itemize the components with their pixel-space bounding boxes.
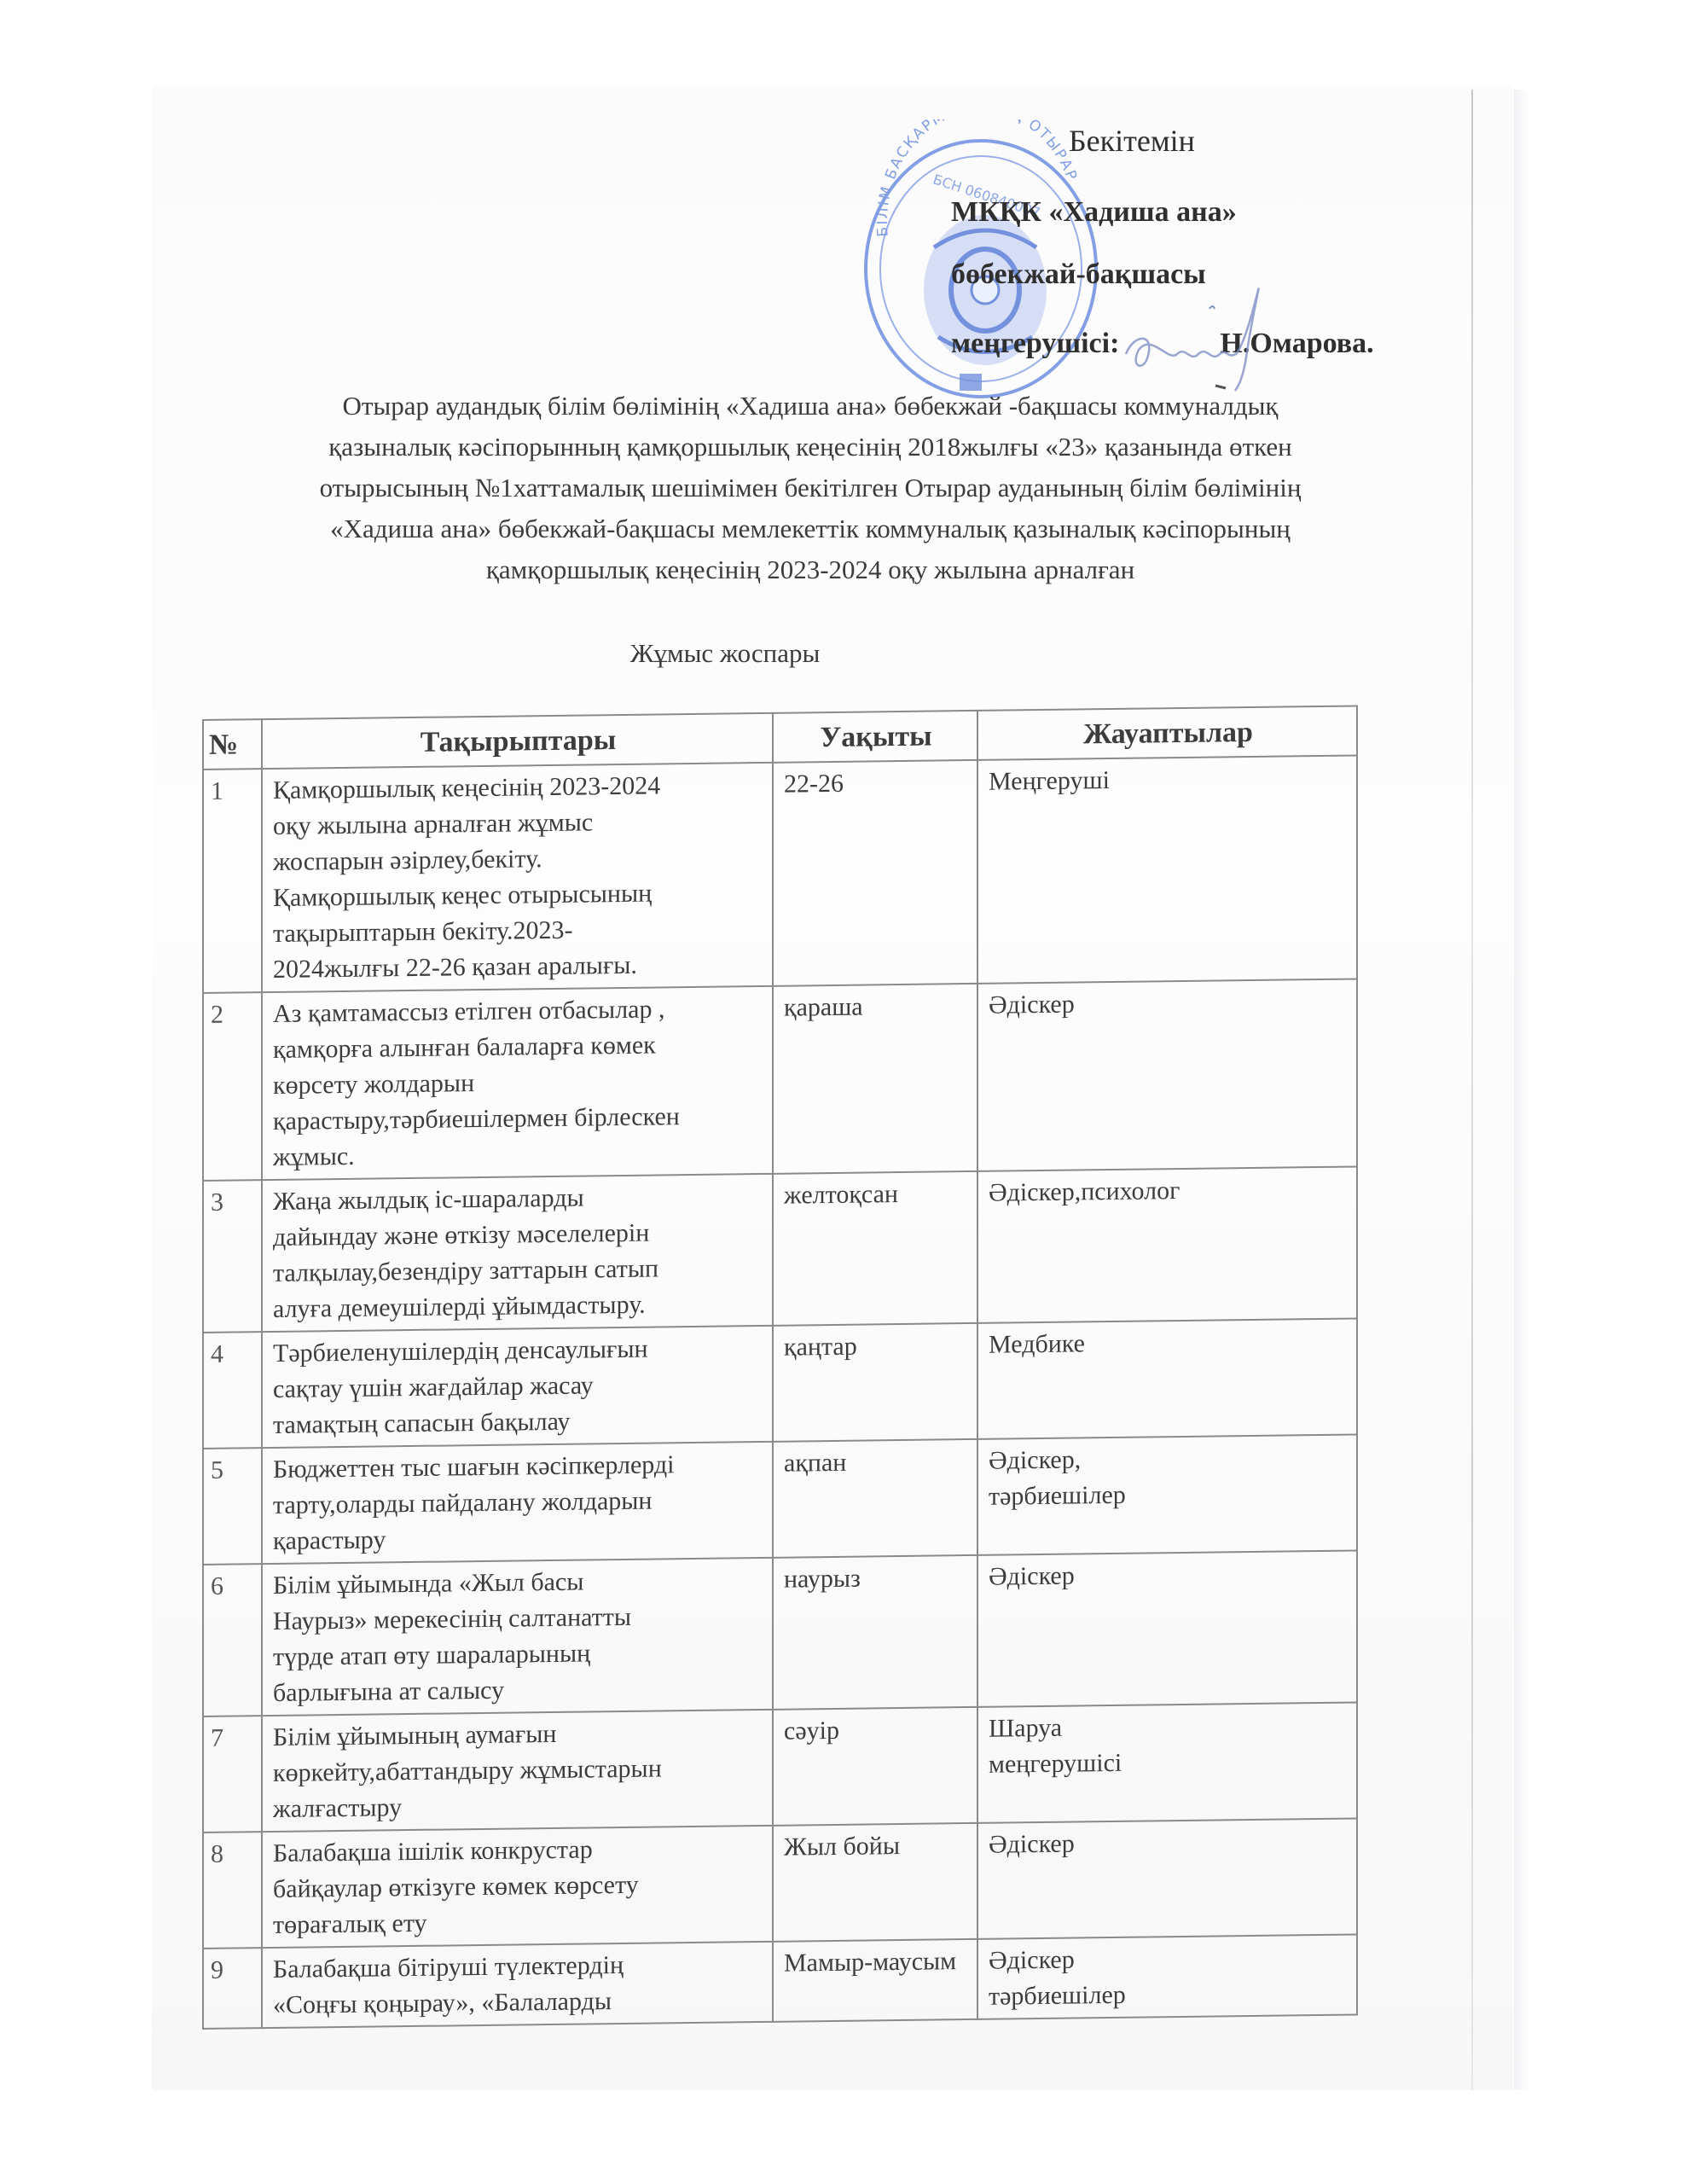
row-topic: Аз қамтамассыз етілген отбасылар , қамқо… [262,986,773,1180]
row-topic: Жаңа жылдық іс-шараларды дайындау және ө… [262,1174,773,1332]
header-time: Уақыты [773,711,977,763]
approval-heading: Бекітемін [1069,123,1195,159]
table-row: 5 Бюджеттен тыс шағын кәсіпкерлерді тарт… [203,1434,1357,1565]
row-time: қаңтар [773,1323,977,1442]
row-responsible: Әдіскер [977,979,1357,1170]
preamble-line: Отырар аудандық білім бөлімінің «Хадиша … [230,386,1390,427]
row-time: қараша [773,984,977,1174]
row-responsible: Әдіскер тәрбиешілер [977,1934,1357,2018]
row-number: 3 [203,1180,262,1333]
row-number: 8 [203,1832,262,1949]
preamble-line: қамқоршылық кеңесінің 2023-2024 оқу жылы… [230,549,1390,590]
row-topic: Білім ұйымының аумағын көркейту,абаттанд… [262,1710,773,1832]
header-number: № [203,719,262,770]
header-topics: Тақырыптары [262,713,773,769]
approval-organization: МКҚК «Хадиша ана» [951,196,1237,229]
table-row: 3 Жаңа жылдық іс-шараларды дайындау және… [203,1166,1357,1333]
position-label: меңгерушісі: [951,328,1119,359]
row-number: 2 [203,992,262,1181]
scan-edge-shadow [1514,90,1529,2090]
row-time: желтоқсан [773,1171,977,1326]
row-responsible: Әдіскер,психолог [977,1166,1357,1322]
row-time: Мамыр-маусым [773,1939,977,2022]
header-responsible: Жауаптылар [977,706,1357,759]
preamble-line: отырысының №1хаттамалық шешімімен бекіті… [230,468,1390,508]
work-plan-table: № Тақырыптары Уақыты Жауаптылар 1 Қамқор… [202,705,1358,2030]
preamble-line: «Хадиша ана» бөбекжай-бақшасы мемлекетті… [230,508,1390,549]
row-topic: Қамқоршылық кеңесінің 2023-2024 оқу жылы… [262,763,773,992]
table-row: 6 Білім ұйымында «Жыл басы Наурыз» мерек… [203,1550,1357,1716]
row-topic: Бюджеттен тыс шағын кәсіпкерлерді тарту,… [262,1442,773,1564]
preamble-line: қазыналық кәсіпорынның қамқоршылық кеңес… [230,427,1390,468]
row-responsible: Әдіскер [977,1818,1357,1938]
row-topic: Балабақша бітіруші түлектердің «Соңғы қо… [262,1942,773,2028]
row-topic: Білім ұйымында «Жыл басы Наурыз» мерекес… [262,1558,773,1716]
row-number: 6 [203,1564,262,1716]
row-responsible: Әдіскер, тәрбиешілер [977,1434,1357,1554]
table-row: 8 Балабақша ішілік конкрустар байқаулар … [203,1818,1357,1949]
table-row: 7 Білім ұйымының аумағын көркейту,абатта… [203,1702,1357,1833]
row-number: 5 [203,1448,262,1565]
table-row: 2 Аз қамтамассыз етілген отбасылар , қам… [203,979,1357,1181]
row-time: 22-26 [773,760,977,986]
plan-title: Жұмыс жоспары [589,638,861,669]
table-row: 1 Қамқоршылық кеңесінің 2023-2024 оқу жы… [203,755,1357,993]
row-responsible: Шаруа меңгерушісі [977,1702,1357,1822]
table-row: 4 Тәрбиеленушілердің денсаулығын сақтау … [203,1318,1357,1449]
document-preamble: Отырар аудандық білім бөлімінің «Хадиша … [230,386,1390,590]
row-time: наурыз [773,1555,977,1710]
row-topic: Балабақша ішілік конкрустар байқаулар өт… [262,1826,773,1948]
handwritten-signature-icon [1109,282,1279,392]
row-number: 1 [203,769,262,993]
row-number: 9 [203,1948,262,2029]
row-responsible: Әдіскер [977,1550,1357,1706]
row-time: ақпан [773,1439,977,1558]
row-number: 4 [203,1332,262,1449]
row-time: сәуір [773,1707,977,1826]
row-number: 7 [203,1716,262,1833]
row-responsible: Медбике [977,1318,1357,1438]
row-topic: Тәрбиеленушілердің денсаулығын сақтау үш… [262,1326,773,1448]
scan-edge-line [1471,90,1473,2090]
table-row: 9 Балабақша бітіруші түлектердің «Соңғы … [203,1934,1357,2029]
row-responsible: Меңгеруші [977,755,1357,983]
row-time: Жыл бойы [773,1823,977,1942]
